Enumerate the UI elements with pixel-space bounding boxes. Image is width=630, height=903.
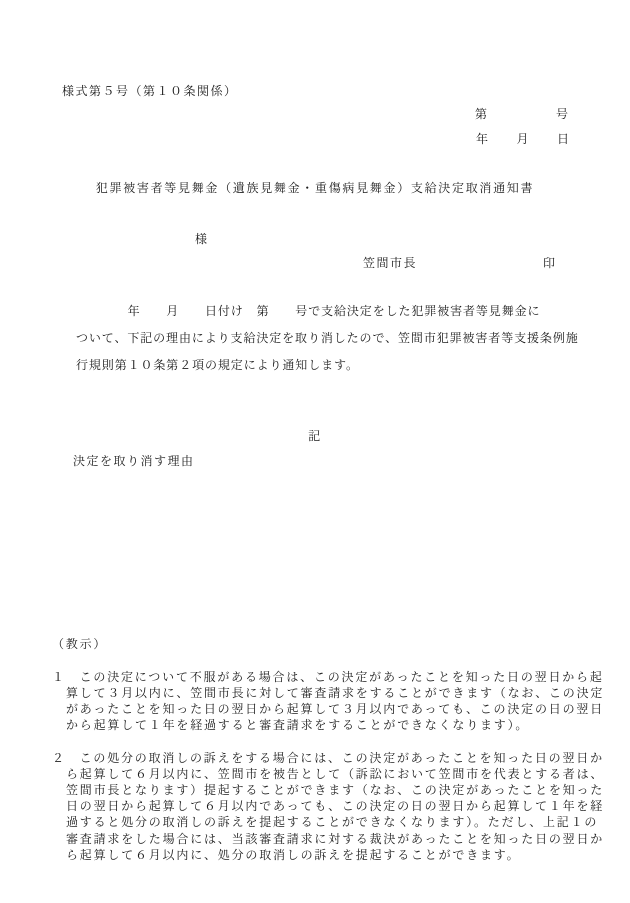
date-line: 年 月 日 xyxy=(476,132,571,146)
cancellation-reason-label: 決定を取り消す理由 xyxy=(73,454,195,468)
kyoji-item-2: ２ この処分の取消しの訴えをする場合には、この決定があったことを知った日の翌日か… xyxy=(52,750,622,863)
kyoji-item-1: １ この決定について不服がある場合は、この決定があったことを知った日の翌日から起… xyxy=(52,669,622,734)
body-paragraph: 年 月 日付け 第 号で支給決定をした犯罪被害者等見舞金に ついて、下記の理由に… xyxy=(76,298,620,379)
document-page: 様式第５号（第１０条関係） 第 号 年 月 日 犯罪被害者等見舞金（遺族見舞金・… xyxy=(0,0,630,903)
form-number-label: 様式第５号（第１０条関係） xyxy=(62,84,238,98)
seal-mark: 印 xyxy=(543,256,557,270)
ki-heading: 記 xyxy=(0,429,630,443)
kyoji-section: （教示） １ この決定について不服がある場合は、この決定があったことを知った日の… xyxy=(52,620,622,879)
kyoji-heading: （教示） xyxy=(52,636,622,652)
document-number-line: 第 号 xyxy=(475,107,570,121)
document-title: 犯罪被害者等見舞金（遺族見舞金・重傷病見舞金）支給決定取消通知書 xyxy=(0,181,630,195)
mayor-signature-label: 笠間市長 xyxy=(363,256,417,270)
addressee-sama-label: 様 xyxy=(195,232,209,246)
